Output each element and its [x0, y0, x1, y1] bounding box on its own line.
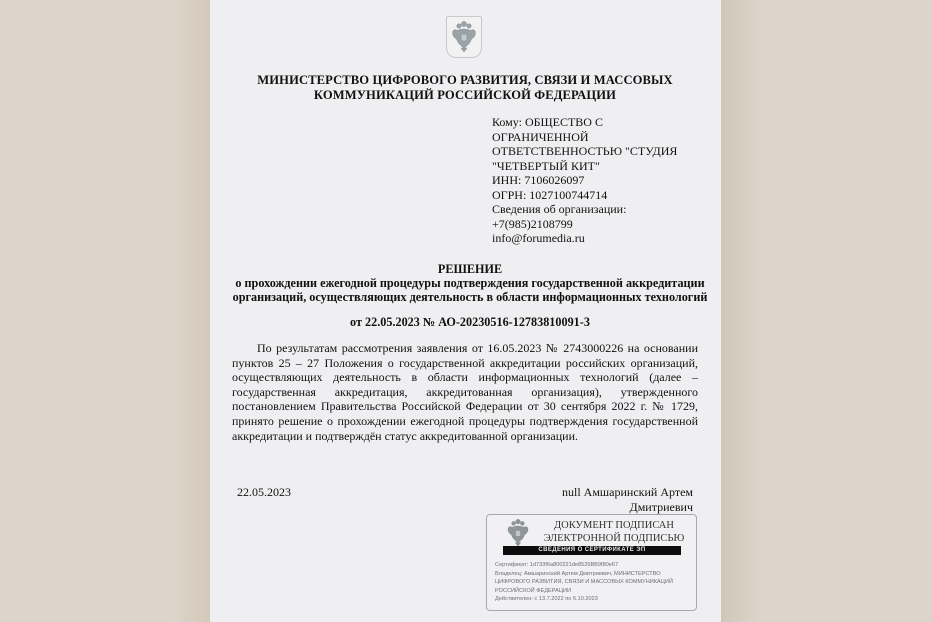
decision-body: По результатам рассмотрения заявления от… — [232, 341, 698, 443]
certificate-owner-org: ЦИФРОВОГО РАЗВИТИЯ, СВЯЗИ И МАССОВЫХ КОМ… — [495, 578, 691, 587]
russian-coat-of-arms-icon — [505, 519, 531, 547]
recipient-ogrn: ОГРН: 1027100744714 — [492, 188, 702, 203]
recipient-info-label: Сведения об организации: — [492, 202, 702, 217]
signer-line-2: Дмитриевич — [540, 500, 693, 515]
certificate-info-bar: СВЕДЕНИЯ О СЕРТИФИКАТЕ ЭП — [503, 546, 681, 555]
russian-coat-of-arms-icon — [450, 21, 478, 53]
stamp-title: ДОКУМЕНТ ПОДПИСАН ЭЛЕКТРОННОЙ ПОДПИСЬЮ — [539, 520, 689, 545]
recipient-line: ОТВЕТСТВЕННОСТЬЮ "СТУДИЯ — [492, 144, 702, 159]
stamp-title-line-1: ДОКУМЕНТ ПОДПИСАН — [539, 520, 689, 533]
certificate-owner: Владелец: Амшаринский Артем Дмитриевич, … — [495, 570, 691, 579]
certificate-details: Сертификат: 1d733f6a800221de8526BB9f80e6… — [495, 561, 691, 604]
recipient-line: "ЧЕТВЕРТЫЙ КИТ" — [492, 159, 702, 174]
recipient-email: info@forumedia.ru — [492, 231, 702, 246]
stamp-title-line-2: ЭЛЕКТРОННОЙ ПОДПИСЬЮ — [539, 533, 689, 546]
decision-number: от 22.05.2023 № АО-20230516-12783810091-… — [220, 315, 720, 330]
certificate-serial: Сертификат: 1d733f6a800221de8526BB9f80e6… — [495, 561, 691, 570]
background-left — [0, 0, 210, 622]
decision-heading: РЕШЕНИЕ — [220, 262, 720, 276]
signature-date: 22.05.2023 — [237, 485, 291, 500]
signer-name: null Амшаринский Артем Дмитриевич — [540, 485, 693, 515]
signer-line-1: null Амшаринский Артем — [540, 485, 693, 500]
certificate-validity: Действителен: с 13.7.2022 по 6.10.2023 — [495, 595, 691, 604]
ministry-line-2: КОММУНИКАЦИЙ РОССИЙСКОЙ ФЕДЕРАЦИИ — [240, 88, 690, 103]
decision-subject-line-2: организаций, осуществляющих деятельность… — [220, 290, 720, 304]
coat-of-arms-emblem — [446, 16, 482, 58]
ministry-line-1: МИНИСТЕРСТВО ЦИФРОВОГО РАЗВИТИЯ, СВЯЗИ И… — [240, 73, 690, 88]
certificate-owner-org-cont: РОССИЙСКОЙ ФЕДЕРАЦИИ — [495, 587, 691, 596]
electronic-signature-stamp: ДОКУМЕНТ ПОДПИСАН ЭЛЕКТРОННОЙ ПОДПИСЬЮ С… — [486, 514, 697, 611]
ministry-header: МИНИСТЕРСТВО ЦИФРОВОГО РАЗВИТИЯ, СВЯЗИ И… — [240, 73, 690, 103]
recipient-block: Кому: ОБЩЕСТВО С ОГРАНИЧЕННОЙ ОТВЕТСТВЕН… — [492, 115, 702, 246]
recipient-inn: ИНН: 7106026097 — [492, 173, 702, 188]
stamp-emblem — [505, 519, 531, 547]
decision-title: РЕШЕНИЕ о прохождении ежегодной процедур… — [220, 262, 720, 304]
decision-subject-line-1: о прохождении ежегодной процедуры подтве… — [220, 276, 720, 290]
recipient-line: Кому: ОБЩЕСТВО С — [492, 115, 702, 130]
recipient-line: ОГРАНИЧЕННОЙ — [492, 130, 702, 145]
recipient-phone: +7(985)2108799 — [492, 217, 702, 232]
background-right — [721, 0, 932, 622]
